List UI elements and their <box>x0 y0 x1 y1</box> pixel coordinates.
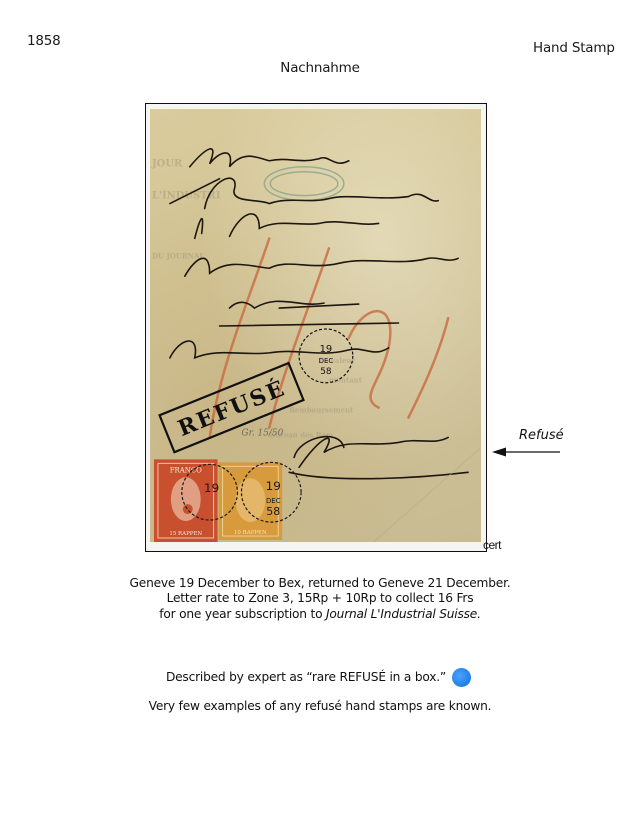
svg-text:Remboursement: Remboursement <box>289 406 354 415</box>
svg-text:19: 19 <box>204 481 219 495</box>
cover-artwork: JOUR L'INDUSTRI DU JOURNAL La valeur mon… <box>150 109 481 542</box>
svg-text:19: 19 <box>266 479 281 493</box>
page-year: 1858 <box>27 33 61 49</box>
caption-rarity: Very few examples of any refusé hand sta… <box>0 698 640 714</box>
svg-text:DU JOURNAL: DU JOURNAL <box>152 251 204 260</box>
cover-image: JOUR L'INDUSTRI DU JOURNAL La valeur mon… <box>150 109 481 542</box>
page-title: Nachnahme <box>0 60 640 76</box>
cover-photo-frame: JOUR L'INDUSTRI DU JOURNAL La valeur mon… <box>145 103 487 552</box>
caption-route: Geneve 19 December to Bex, returned to G… <box>0 575 640 591</box>
svg-text:15 RAPPEN: 15 RAPPEN <box>169 531 202 537</box>
svg-text:19: 19 <box>320 344 333 355</box>
page-category: Hand Stamp <box>533 40 615 56</box>
caption-subscription-text: for one year subscription to <box>159 607 326 621</box>
cert-label: cert <box>483 538 501 552</box>
svg-text:JOUR: JOUR <box>151 159 183 170</box>
caption-rate: Letter rate to Zone 3, 15Rp + 10Rp to co… <box>0 590 640 606</box>
svg-text:58: 58 <box>266 505 280 518</box>
svg-text:DEC: DEC <box>266 497 281 505</box>
caption-subscription: for one year subscription to Journal L'I… <box>0 606 640 622</box>
blue-certificate-dot-icon <box>452 668 471 687</box>
arrow-left-icon <box>490 444 562 460</box>
caption-expert: Described by expert as “rare REFUSÉ in a… <box>0 669 626 685</box>
svg-text:DEC: DEC <box>319 357 334 365</box>
journal-title: Journal L'Industrial Suisse. <box>326 607 481 621</box>
refuse-pointer-label: Refusé <box>519 428 564 443</box>
svg-text:58: 58 <box>320 367 332 377</box>
svg-text:10 RAPPEN: 10 RAPPEN <box>234 530 267 536</box>
svg-text:Gr. 15/50: Gr. 15/50 <box>241 428 283 438</box>
svg-text:FRANCO: FRANCO <box>170 466 202 474</box>
stamp-15-rappen: FRANCO 15 RAPPEN <box>154 459 218 542</box>
svg-text:montant: montant <box>329 376 363 385</box>
